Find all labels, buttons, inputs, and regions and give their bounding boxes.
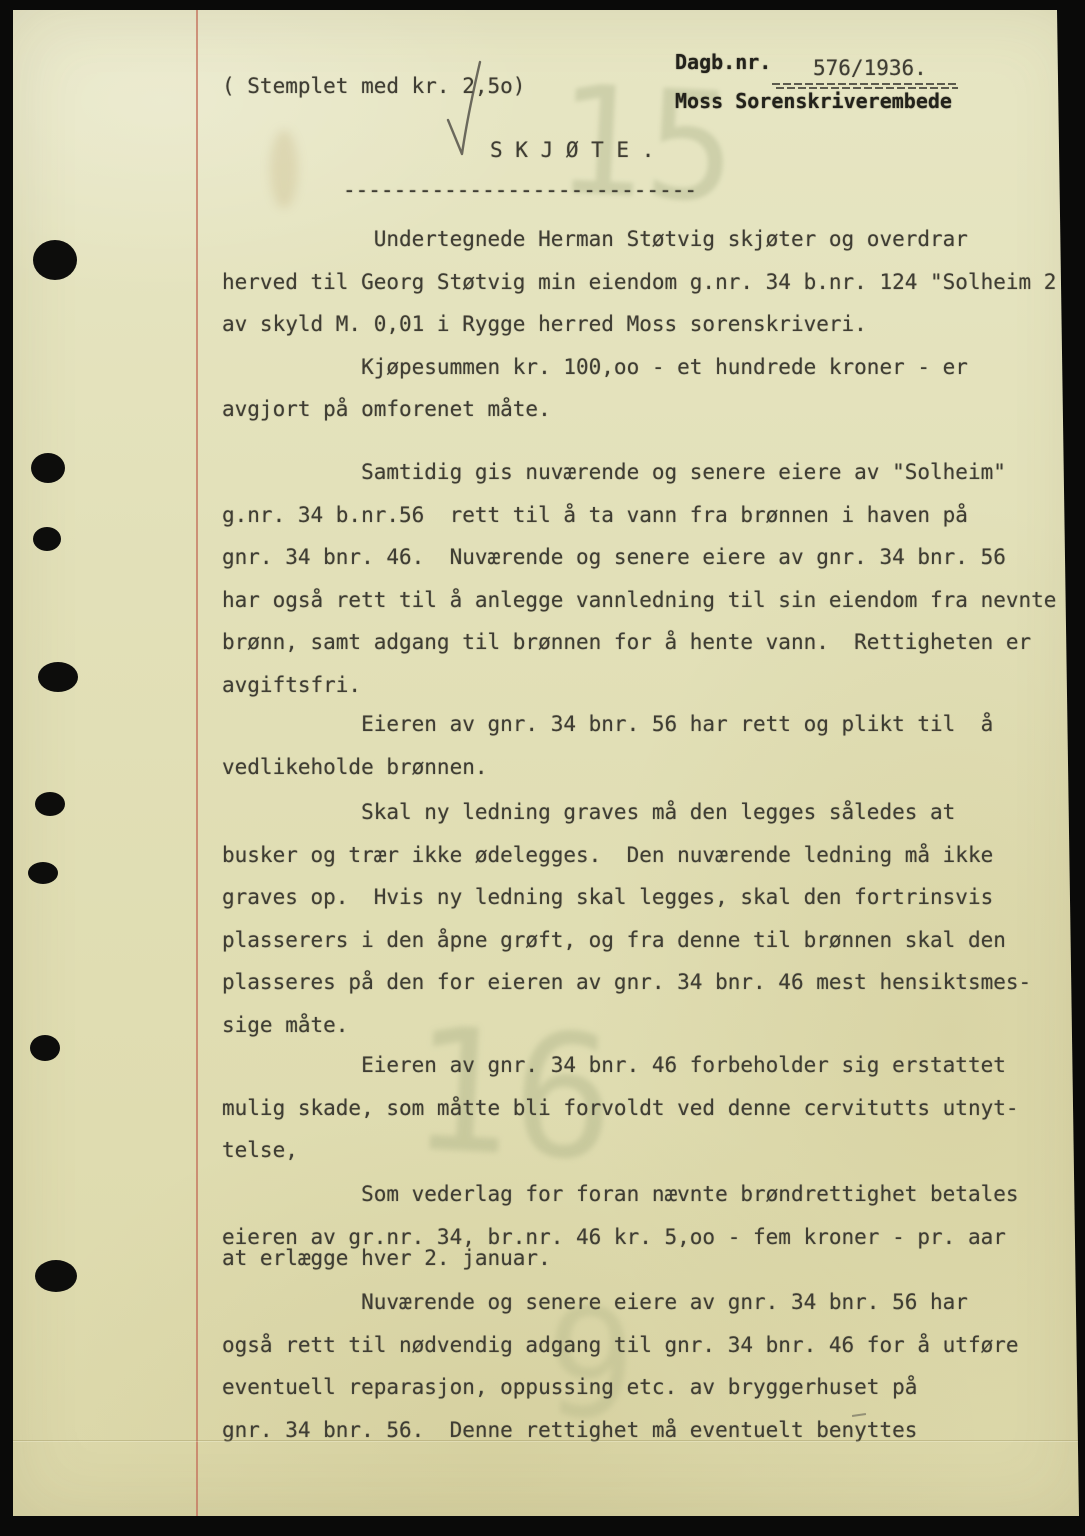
- checkmark-icon: [440, 58, 485, 163]
- office-stamp: Moss Sorenskriverembede: [675, 91, 952, 111]
- body-paragraph: at erlægge hver 2. januar.: [222, 1245, 551, 1271]
- punch-hole: [28, 862, 58, 884]
- body-paragraph: Eieren av gnr. 34 bnr. 56 har rett og pl…: [222, 703, 993, 788]
- punch-hole: [35, 792, 65, 816]
- body-paragraph: Skal ny ledning graves må den legges sål…: [222, 791, 1031, 1046]
- body-paragraph: Eieren av gnr. 34 bnr. 46 forbeholder si…: [222, 1044, 1019, 1172]
- title-divider: ----------------------------: [343, 180, 697, 201]
- margin-line: [196, 10, 198, 1516]
- body-paragraph: Samtidig gis nuværende og senere eiere a…: [222, 451, 1056, 706]
- punch-hole: [38, 662, 78, 692]
- punch-hole: [35, 1260, 77, 1292]
- paper-stain: [270, 130, 298, 208]
- body-paragraph: Undertegnede Herman Støtvig skjøter og o…: [222, 218, 1056, 431]
- journal-number-value: 576/1936.: [813, 58, 927, 79]
- body-paragraph: Nuværende og senere eiere av gnr. 34 bnr…: [222, 1281, 1019, 1451]
- punch-hole: [33, 240, 77, 280]
- document-paper: 15 16 9 ( Stemplet med kr. 2,5o) Dagb.nr…: [13, 10, 1079, 1516]
- punch-hole: [31, 453, 65, 483]
- document-title: S K J Ø T E .: [490, 140, 654, 161]
- punch-hole: [33, 527, 61, 551]
- paper-crease: [13, 1440, 1079, 1441]
- journal-number-label: Dagb.nr.: [675, 52, 771, 72]
- punch-hole: [30, 1035, 60, 1061]
- scanned-document-photo: 15 16 9 ( Stemplet med kr. 2,5o) Dagb.nr…: [0, 0, 1085, 1536]
